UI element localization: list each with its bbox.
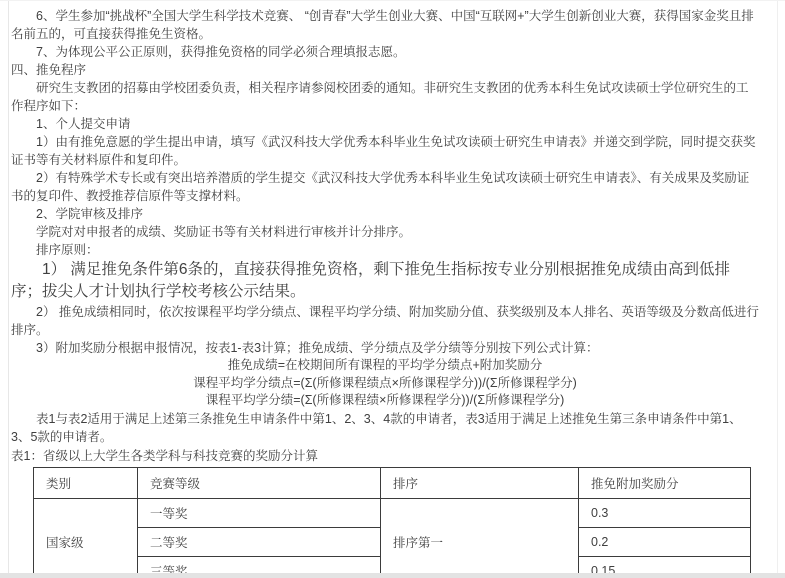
ranking-rule-2: 2） 推免成绩相同时，依次按课程平均学分绩点、课程平均学分绩、附加奖励分值、获奖…	[11, 303, 759, 339]
paragraph-item-6: 6、学生参加“挑战杯”全国大学生科学技术竞赛、 “创青春”大学生创业大赛、中国“…	[11, 7, 759, 43]
ranking-rule-3: 3）附加奖励分根据申报情况，按表1-表3计算；推免成绩、学分绩点及学分绩等分别按…	[11, 339, 759, 357]
formula-gpa-point: 课程平均学分绩点=(Σ(所修课程绩点×所修课程学分))/(Σ所修课程学分)	[11, 375, 759, 393]
header-category: 类别	[34, 467, 138, 498]
header-bonus-score: 推免附加奖励分	[579, 467, 751, 498]
step1-heading: 1、个人提交申请	[11, 115, 759, 133]
awards-table: 类别 竞赛等级 排序 推免附加奖励分 国家级 一等奖 排序第一 0.3 二等奖 …	[33, 467, 751, 578]
section-heading-procedure: 四、推免程序	[11, 61, 759, 79]
ranking-rule-1: 1） 满足推免条件第6条的，直接获得推免资格，剩下推免生指标按专业分别根据推免成…	[11, 259, 759, 303]
cell-rank: 排序第一	[381, 498, 579, 578]
document-content: 6、学生参加“挑战杯”全国大学生科学技术竞赛、 “创青春”大学生创业大赛、中国“…	[8, 1, 778, 578]
paragraph-item-7: 7、为体现公平公正原则，获得推免资格的同学必须合理填报志愿。	[11, 43, 759, 61]
step1-clause-2: 2）有特殊学术专长或有突出培养潜质的学生提交《武汉科技大学优秀本科毕业生免试攻读…	[11, 169, 759, 205]
table1-caption: 表1：省级以上大学生各类学科与科技竞赛的奖励分计算	[11, 447, 759, 465]
cell-level: 一等奖	[138, 498, 381, 527]
formula-gpa-grade: 课程平均学分绩=(Σ(所修课程绩×所修课程学分))/(Σ所修课程学分)	[11, 392, 759, 410]
ranking-principles-label: 排序原则：	[11, 241, 759, 259]
cell-score: 0.3	[579, 498, 751, 527]
page-bottom-edge	[0, 573, 785, 578]
header-competition-level: 竞赛等级	[138, 467, 381, 498]
table-row: 国家级 一等奖 排序第一 0.3	[34, 498, 751, 527]
paragraph-table-applicability: 表1与表2适用于满足上述第三条推免生申请条件中第1、2、3、4款的申请者，表3适…	[11, 410, 759, 446]
cell-category: 国家级	[34, 498, 138, 578]
header-rank: 排序	[381, 467, 579, 498]
step2-description: 学院对对申报者的成绩、奖励证书等有关材料进行审核并计分排序。	[11, 223, 759, 241]
table-header-row: 类别 竞赛等级 排序 推免附加奖励分	[34, 467, 751, 498]
cell-score: 0.2	[579, 527, 751, 556]
step1-clause-1: 1）由有推免意愿的学生提出申请，填写《武汉科技大学优秀本科毕业生免试攻读硕士研究…	[11, 133, 759, 169]
formula-admission-score: 推免成绩=在校期间所有课程的平均学分绩点+附加奖励分	[11, 357, 759, 375]
cell-level: 二等奖	[138, 527, 381, 556]
paragraph-section-intro: 研究生支教团的招募由学校团委负责，相关程序请参阅校团委的通知。非研究生支教团的优…	[11, 79, 759, 115]
step2-heading: 2、学院审核及排序	[11, 205, 759, 223]
document-page: 6、学生参加“挑战杯”全国大学生科学技术竞赛、 “创青春”大学生创业大赛、中国“…	[0, 0, 785, 578]
